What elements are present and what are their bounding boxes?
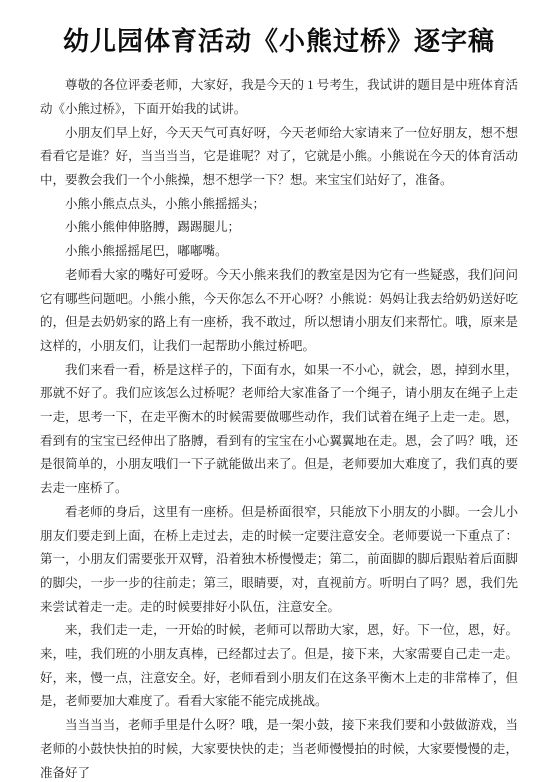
- document-body: 尊敬的各位评委老师，大家好，我是今天的 1 号考生，我试讲的题目是中班体育活动《…: [40, 74, 518, 782]
- paragraph-bridge-rules: 看老师的身后，这里有一座桥。但是桥面很窄，只能放下小朋友的小脚。一会儿小朋友们要…: [40, 501, 518, 620]
- paragraph-greeting: 小朋友们早上好，今天天气可真好呀，今天老师给大家请来了一位好朋友，想不想看看它是…: [40, 122, 518, 193]
- paragraph-rope-practice: 我们来看一看，桥是这样子的，下面有水，如果一不小心，就会，恩，掉到水里，那就不好…: [40, 359, 518, 501]
- rhyme-line-2: 小熊小熊伸伸胳膊，踢踢腿儿；: [40, 216, 518, 240]
- paragraph-bear-problem: 老师看大家的嘴好可爱呀。今天小熊来我们的教室是因为它有一些疑惑，我们问问它有哪些…: [40, 264, 518, 359]
- rhyme-line-1: 小熊小熊点点头，小熊小熊摇摇头；: [40, 193, 518, 217]
- paragraph-drum-game: 当当当当，老师手里是什么呀？哦，是一架小鼓，接下来我们要和小鼓做游戏，当老师的小…: [40, 714, 518, 782]
- paragraph-exam-intro: 尊敬的各位评委老师，大家好，我是今天的 1 号考生，我试讲的题目是中班体育活动《…: [40, 74, 518, 121]
- paragraph-walk-practice: 来，我们走一走，一开始的时候，老师可以帮助大家，恩，好。下一位，恩，好。来，哇，…: [40, 619, 518, 714]
- document-title: 幼儿园体育活动《小熊过桥》逐字稿: [40, 26, 518, 57]
- document-page: 幼儿园体育活动《小熊过桥》逐字稿 尊敬的各位评委老师，大家好，我是今天的 1 号…: [0, 0, 557, 782]
- rhyme-line-3: 小熊小熊摇摇尾巴，嘟嘟嘴。: [40, 240, 518, 264]
